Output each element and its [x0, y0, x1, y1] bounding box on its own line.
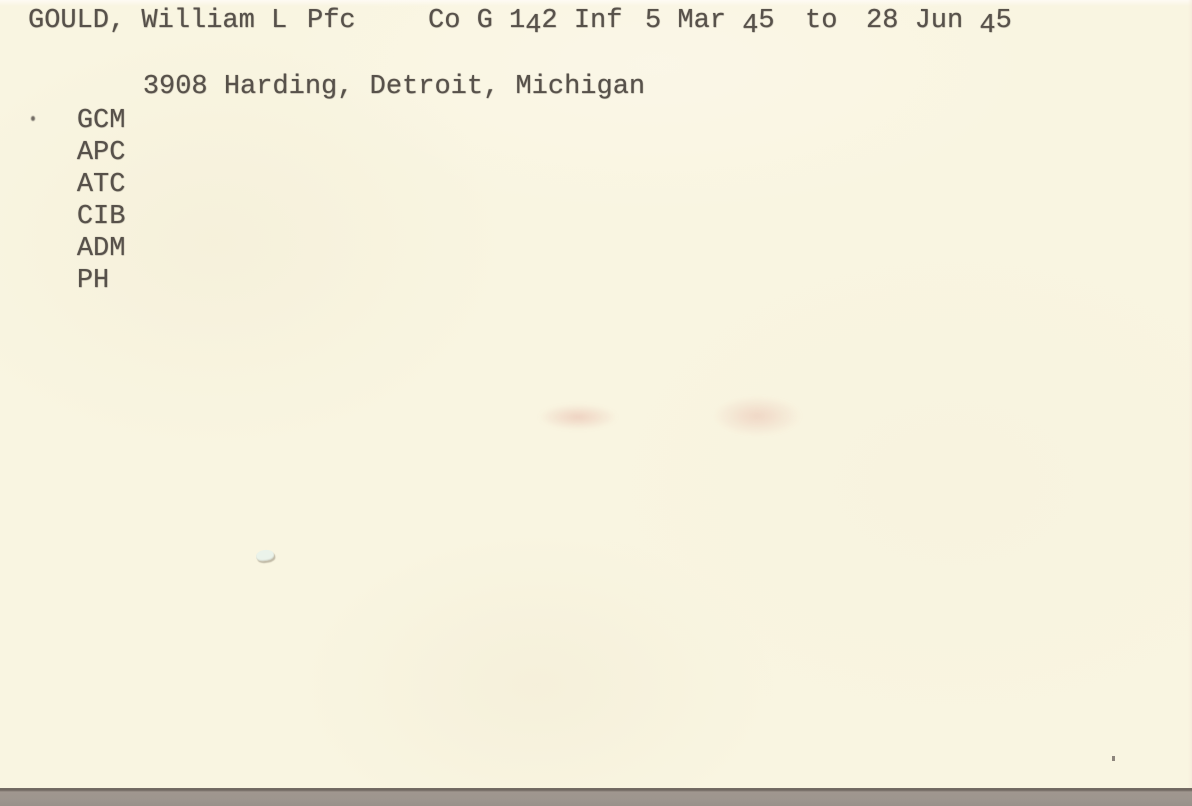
- scan-right-edge-highlight: [1188, 0, 1192, 806]
- soldier-unit: Co G 142 Inf: [428, 5, 622, 37]
- home-address: 3908 Harding, Detroit, Michigan: [143, 72, 645, 102]
- stray-ink-dot: [31, 116, 35, 121]
- stray-ink-dot: [1112, 756, 1115, 761]
- service-end-date: 28 Jun 45: [866, 5, 1012, 37]
- award-cib: CIB: [77, 201, 126, 233]
- service-start-date: 5 Mar 45: [645, 5, 775, 37]
- soldier-name: GOULD, William L: [28, 5, 287, 37]
- index-card-scan: GOULD, William L Pfc Co G 142 Inf 5 Mar …: [0, 0, 1192, 806]
- soldier-rank: Pfc: [307, 5, 356, 37]
- award-apc: APC: [77, 137, 126, 169]
- scanner-edge-band: [0, 788, 1192, 806]
- pink-ink-smudge: [538, 404, 618, 430]
- award-adm: ADM: [77, 233, 126, 265]
- awards-line: GCM APC ATC CIB ADM PH: [12, 73, 161, 329]
- scan-top-edge-highlight: [0, 0, 1192, 6]
- address-line: 3908 Harding, Detroit, Michigan: [78, 39, 645, 135]
- service-date-connector: to: [805, 5, 837, 37]
- pink-ink-smudge: [712, 396, 802, 436]
- paper-speck: [255, 549, 274, 562]
- service-record-line: GOULD, William L Pfc Co G 142 Inf 5 Mar …: [0, 5, 1192, 39]
- award-atc: ATC: [77, 169, 126, 201]
- award-gcm: GCM: [77, 105, 126, 137]
- award-ph: PH: [77, 265, 109, 297]
